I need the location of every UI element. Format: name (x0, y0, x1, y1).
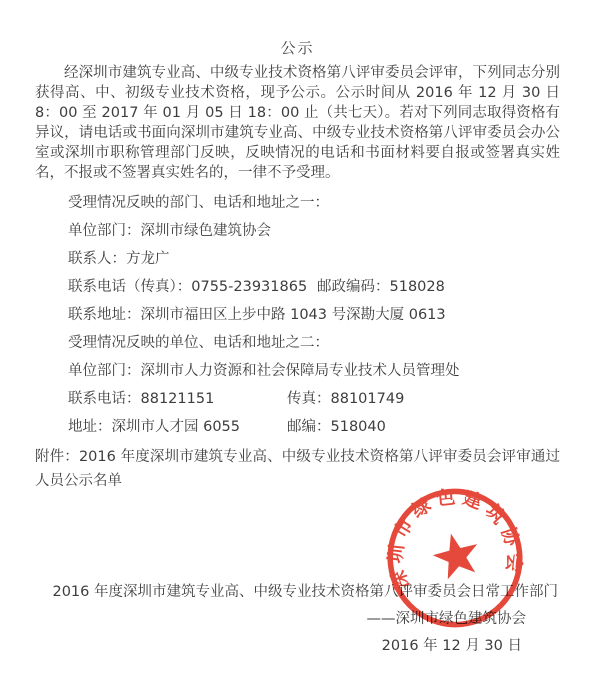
contact2-address-row: 地址：深圳市人才园 6055 邮编：518040 (35, 417, 560, 437)
contact1-heading: 受理情况反映的部门、电话和地址之一： (35, 193, 560, 213)
contact1-unit: 单位部门：深圳市绿色建筑协会 (35, 221, 560, 241)
contact1-address: 联系地址：深圳市福田区上步中路 1043 号深勘大厦 0613 (35, 305, 560, 325)
contact2-address: 地址：深圳市人才园 6055 (68, 417, 287, 437)
attachment-note: 附件：2016 年度深圳市建筑专业高、中级专业技术资格第八评审委员会评审通过人员… (35, 445, 560, 493)
signature-department: 2016 年度深圳市建筑专业高、中级专业技术资格第八评审委员会日常工作部门 (35, 582, 560, 602)
contact1-phone-fax: 联系电话（传真）：0755-23931865 (68, 277, 317, 297)
document-title: 公示 (35, 40, 560, 56)
document-body: 公示 经深圳市建筑专业高、中级专业技术资格第八评审委员会评审，下列同志分别获得高… (0, 0, 595, 656)
contact1-postal-code: 邮政编码：518028 (317, 277, 445, 297)
contact2-phone: 联系电话：88121151 (68, 389, 287, 409)
contact2-heading: 受理情况反映的单位、电话和地址之二： (35, 333, 560, 353)
contact2-unit: 单位部门：深圳市人力资源和社会保障局专业技术人员管理处 (35, 361, 560, 381)
signature-organization: ——深圳市绿色建筑协会 (35, 609, 560, 629)
contact2-fax: 传真：88101749 (287, 389, 404, 409)
contact1-person: 联系人：方龙广 (35, 249, 560, 269)
announcement-page: 公示 经深圳市建筑专业高、中级专业技术资格第八评审委员会评审，下列同志分别获得高… (0, 0, 595, 679)
contact2-phone-row: 联系电话：88121151 传真：88101749 (35, 389, 560, 409)
signature-block: 2016 年度深圳市建筑专业高、中级专业技术资格第八评审委员会日常工作部门 ——… (35, 582, 560, 656)
contact2-postal-code: 邮编：518040 (287, 417, 386, 437)
signature-date: 2016 年 12 月 30 日 (35, 636, 560, 656)
contact1-phone-row: 联系电话（传真）：0755-23931865 邮政编码：518028 (35, 277, 560, 297)
intro-paragraph: 经深圳市建筑专业高、中级专业技术资格第八评审委员会评审，下列同志分别获得高、中、… (35, 63, 560, 183)
contact-section-1: 受理情况反映的部门、电话和地址之一： 单位部门：深圳市绿色建筑协会 联系人：方龙… (35, 193, 560, 325)
contact-section-2: 受理情况反映的单位、电话和地址之二： 单位部门：深圳市人力资源和社会保障局专业技… (35, 333, 560, 437)
